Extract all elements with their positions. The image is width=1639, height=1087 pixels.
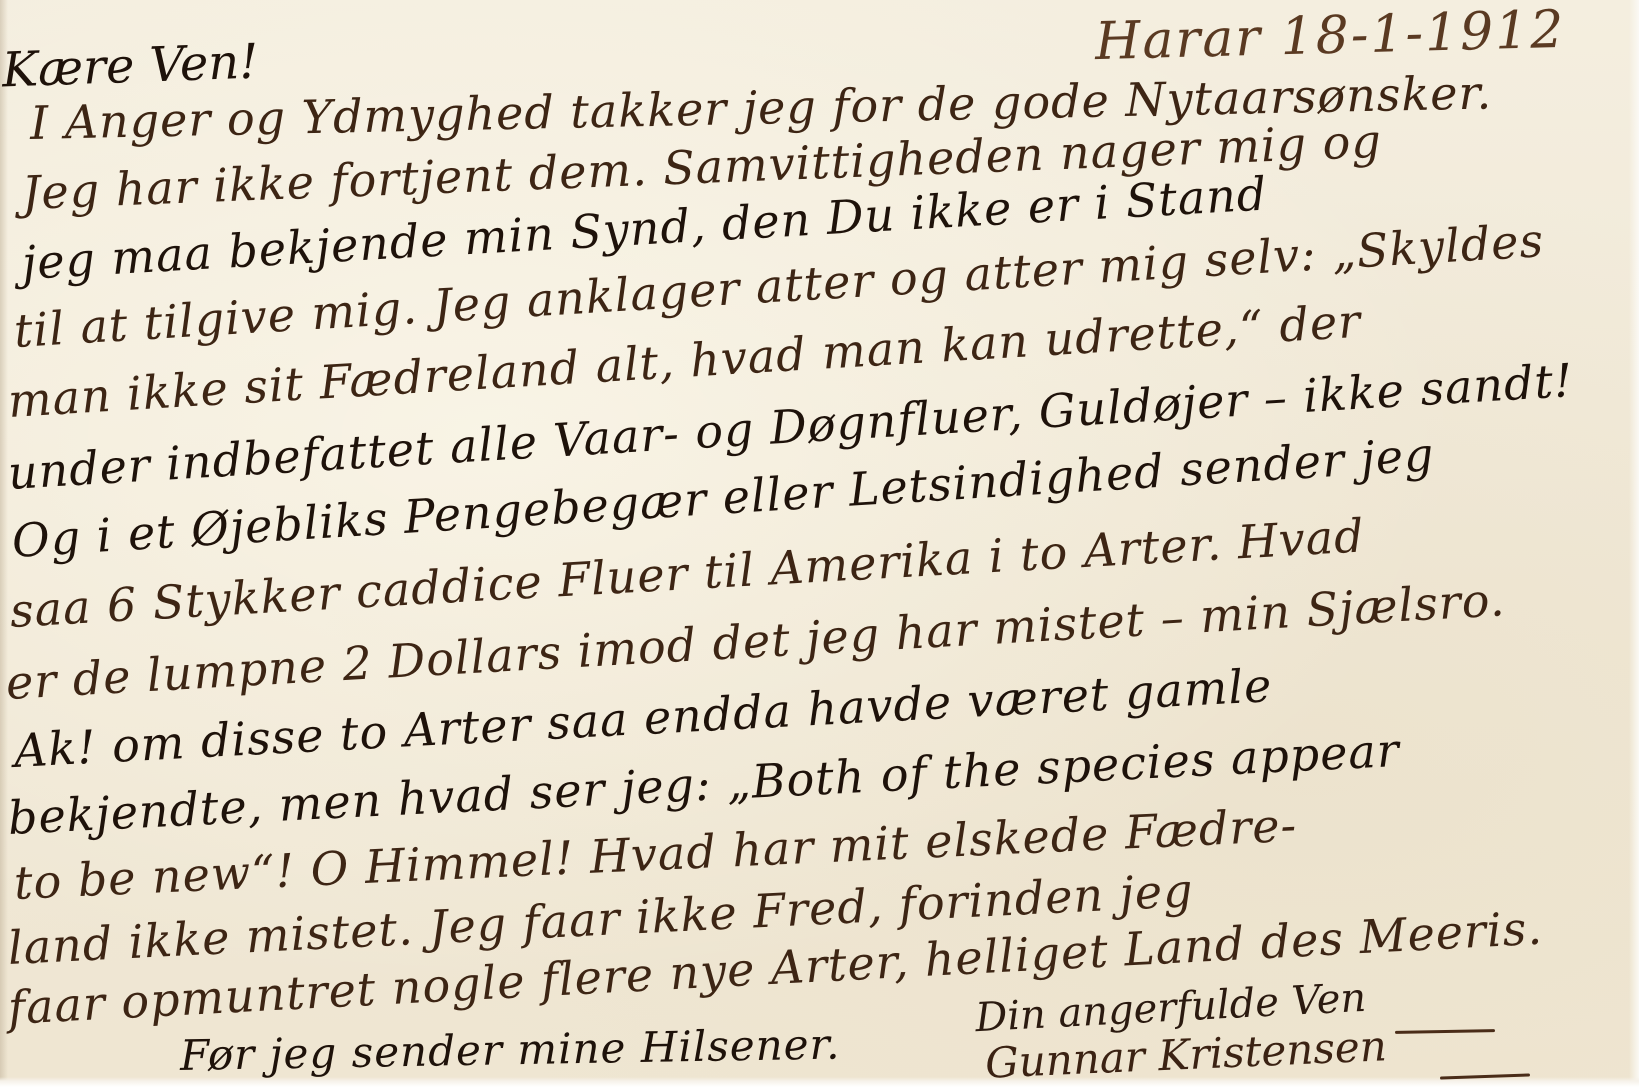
body-line-15: Før jeg sender mine Hilsener. <box>180 1023 841 1077</box>
place-and-date: Harar 18-1-1912 <box>1094 0 1566 72</box>
paper-edge-right <box>1629 0 1639 1087</box>
salutation: Kære Ven! <box>1 34 259 99</box>
letter-page: Harar 18-1-1912 Kære Ven! I Anger og Ydm… <box>0 0 1639 1087</box>
closing-flourish <box>1395 1029 1495 1034</box>
